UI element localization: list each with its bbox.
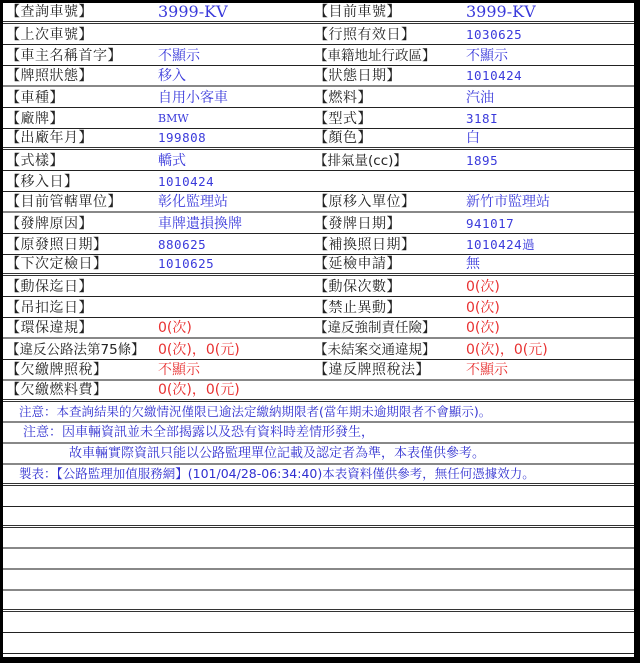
field-value: 0(次)，0(元) bbox=[158, 381, 240, 399]
field-value: 0(次) bbox=[158, 319, 192, 337]
table-row: 【欠繳燃料費】0(次)，0(元) bbox=[3, 381, 634, 402]
right-field: 【狀態日期】1010424 bbox=[311, 66, 634, 85]
field-value: 汽油 bbox=[466, 89, 494, 107]
field-value: 車牌遺損換牌 bbox=[158, 215, 242, 233]
field-label: 【行照有效日】 bbox=[311, 26, 466, 44]
field-value: 轎式 bbox=[158, 152, 186, 170]
empty-row bbox=[3, 591, 634, 612]
field-label: 【查詢車號】 bbox=[3, 3, 158, 21]
right-field: 【延檢申請】無 bbox=[311, 255, 634, 273]
field-label: 【目前管轄單位】 bbox=[3, 193, 158, 211]
right-field: 【顏色】白 bbox=[311, 129, 634, 147]
note-overdue: 注意：本查詢結果的欠繳情況僅限已逾法定繳納期限者(當年期未逾期限者不會顯示)。 bbox=[3, 403, 634, 421]
field-value: 0(次)，0(元) bbox=[466, 341, 548, 359]
field-label: 【禁止異動】 bbox=[311, 299, 466, 317]
vehicle-info-table: 【查詢車號】3999-KV【目前車號】3999-KV【上次車號】【行照有效日】1… bbox=[3, 3, 634, 402]
field-label: 【違反強制責任險】 bbox=[311, 319, 466, 337]
table-row: 【上次車號】【行照有效日】1030625 bbox=[3, 24, 634, 45]
right-field: 【型式】318I bbox=[311, 108, 634, 128]
field-label: 【出廠年月】 bbox=[3, 129, 158, 147]
note-producer: 製表：【公路監理加值服務網】(101/04/28-06:34:40)本表資料僅供… bbox=[3, 465, 634, 483]
field-value: 0(次) bbox=[466, 319, 500, 337]
field-label: 【型式】 bbox=[311, 110, 466, 128]
empty-row bbox=[3, 507, 634, 528]
field-label: 【車主名稱首字】 bbox=[3, 47, 158, 65]
left-field: 【吊扣迄日】 bbox=[3, 297, 311, 317]
field-value: 不顯示 bbox=[158, 361, 200, 379]
left-field: 【發牌原因】車牌遺損換牌 bbox=[3, 213, 311, 233]
left-field: 【目前管轄單位】彰化監理站 bbox=[3, 192, 311, 211]
field-value: 0(次) bbox=[466, 278, 500, 296]
field-value: 白 bbox=[466, 129, 480, 147]
field-label: 【排氣量(cc)】 bbox=[311, 152, 466, 170]
field-label: 【動保次數】 bbox=[311, 278, 466, 296]
field-label: 【燃料】 bbox=[311, 89, 466, 107]
table-row: 【出廠年月】199808【顏色】白 bbox=[3, 129, 634, 150]
vehicle-query-report: 【查詢車號】3999-KV【目前車號】3999-KV【上次車號】【行照有效日】1… bbox=[3, 3, 634, 657]
field-value: 1030625 bbox=[466, 26, 522, 44]
field-label: 【目前車號】 bbox=[311, 3, 466, 21]
table-row: 【查詢車號】3999-KV【目前車號】3999-KV bbox=[3, 3, 634, 24]
field-value: 新竹市監理站 bbox=[466, 193, 550, 211]
table-row: 【車種】自用小客車【燃料】汽油 bbox=[3, 87, 634, 108]
field-label: 【車種】 bbox=[3, 89, 158, 107]
table-row: 【發牌原因】車牌遺損換牌【發牌日期】941017 bbox=[3, 213, 634, 234]
field-label: 【補換照日期】 bbox=[311, 236, 466, 254]
field-label: 【欠繳牌照稅】 bbox=[3, 361, 158, 379]
field-label: 【動保迄日】 bbox=[3, 278, 158, 296]
field-value: 0(次)，0(元) bbox=[158, 341, 240, 359]
field-label: 【下次定檢日】 bbox=[3, 255, 158, 273]
table-row: 【原發照日期】880625【補換照日期】1010424過 bbox=[3, 234, 634, 255]
notes-section: 注意：本查詢結果的欠繳情況僅限已逾法定繳納期限者(當年期未逾期限者不會顯示)。 … bbox=[3, 402, 634, 486]
left-field: 【違反公路法第75條】0(次)，0(元) bbox=[3, 339, 311, 359]
field-label: 【牌照狀態】 bbox=[3, 67, 158, 85]
right-field: 【違反強制責任險】0(次) bbox=[311, 318, 634, 337]
field-label: 【延檢申請】 bbox=[311, 255, 466, 273]
empty-rows bbox=[3, 486, 634, 654]
table-row: 【牌照狀態】移入【狀態日期】1010424 bbox=[3, 66, 634, 87]
field-label: 【吊扣迄日】 bbox=[3, 299, 158, 317]
field-value: 1010424過 bbox=[466, 236, 535, 254]
note-row: 注意：因車輛資訊並未全部揭露以及恐有資料時差情形發生， bbox=[3, 423, 634, 444]
left-field: 【車種】自用小客車 bbox=[3, 87, 311, 107]
field-value: BMW bbox=[158, 110, 189, 128]
field-value: 318I bbox=[466, 110, 498, 128]
empty-row bbox=[3, 486, 634, 507]
left-field: 【式樣】轎式 bbox=[3, 150, 311, 170]
field-label: 【原發照日期】 bbox=[3, 236, 158, 254]
table-row: 【下次定檢日】1010625【延檢申請】無 bbox=[3, 255, 634, 276]
field-value: 0(次) bbox=[466, 299, 500, 317]
table-row: 【違反公路法第75條】0(次)，0(元)【未結案交通違規】0(次)，0(元) bbox=[3, 339, 634, 360]
field-label: 【車籍地址行政區】 bbox=[311, 47, 466, 65]
table-row: 【移入日】1010424 bbox=[3, 171, 634, 192]
field-label: 【環保違規】 bbox=[3, 319, 158, 337]
field-value: 1010424 bbox=[158, 173, 214, 191]
table-row: 【吊扣迄日】【禁止異動】0(次) bbox=[3, 297, 634, 318]
field-value: 199808 bbox=[158, 129, 206, 147]
field-label: 【顏色】 bbox=[311, 129, 466, 147]
left-field: 【動保迄日】 bbox=[3, 276, 311, 296]
note-disclosure: 注意：因車輛資訊並未全部揭露以及恐有資料時差情形發生， bbox=[3, 424, 634, 442]
right-field: 【目前車號】3999-KV bbox=[311, 3, 634, 21]
left-field: 【環保違規】0(次) bbox=[3, 318, 311, 337]
field-label: 【違反牌照稅法】 bbox=[311, 361, 466, 379]
right-field bbox=[311, 171, 634, 191]
field-value: 不顯示 bbox=[158, 47, 200, 65]
empty-row bbox=[3, 633, 634, 654]
right-field: 【車籍地址行政區】不顯示 bbox=[311, 45, 634, 65]
field-value: 3999-KV bbox=[466, 3, 536, 21]
table-row: 【廠牌】BMW【型式】318I bbox=[3, 108, 634, 129]
field-value: 1010424 bbox=[466, 67, 522, 85]
field-value: 移入 bbox=[158, 67, 186, 85]
table-row: 【式樣】轎式【排氣量(cc)】1895 bbox=[3, 150, 634, 171]
note-row: 注意：本查詢結果的欠繳情況僅限已逾法定繳納期限者(當年期未逾期限者不會顯示)。 bbox=[3, 402, 634, 423]
field-label: 【未結案交通違規】 bbox=[311, 341, 466, 359]
right-field: 【行照有效日】1030625 bbox=[311, 24, 634, 44]
left-field: 【欠繳燃料費】0(次)，0(元) bbox=[3, 381, 311, 399]
empty-row bbox=[3, 528, 634, 549]
left-field: 【廠牌】BMW bbox=[3, 108, 311, 128]
table-row: 【車主名稱首字】不顯示【車籍地址行政區】不顯示 bbox=[3, 45, 634, 66]
note-row: 製表：【公路監理加值服務網】(101/04/28-06:34:40)本表資料僅供… bbox=[3, 465, 634, 486]
left-field: 【上次車號】 bbox=[3, 24, 311, 44]
right-field: 【補換照日期】1010424過 bbox=[311, 234, 634, 254]
left-field: 【移入日】1010424 bbox=[3, 171, 311, 191]
field-value: 無 bbox=[466, 255, 480, 273]
right-field bbox=[311, 381, 634, 399]
empty-row bbox=[3, 612, 634, 633]
field-label: 【發牌日期】 bbox=[311, 215, 466, 233]
field-label: 【狀態日期】 bbox=[311, 67, 466, 85]
table-row: 【目前管轄單位】彰化監理站【原移入單位】新竹市監理站 bbox=[3, 192, 634, 213]
left-field: 【欠繳牌照稅】不顯示 bbox=[3, 360, 311, 379]
field-label: 【原移入單位】 bbox=[311, 193, 466, 211]
right-field: 【排氣量(cc)】1895 bbox=[311, 150, 634, 170]
empty-row bbox=[3, 570, 634, 591]
left-field: 【下次定檢日】1010625 bbox=[3, 255, 311, 273]
empty-row bbox=[3, 549, 634, 570]
field-label: 【移入日】 bbox=[3, 173, 158, 191]
field-value: 880625 bbox=[158, 236, 206, 254]
table-row: 【動保迄日】【動保次數】0(次) bbox=[3, 276, 634, 297]
left-field: 【車主名稱首字】不顯示 bbox=[3, 45, 311, 65]
left-field: 【出廠年月】199808 bbox=[3, 129, 311, 147]
field-value: 不顯示 bbox=[466, 361, 508, 379]
field-value: 1010625 bbox=[158, 255, 214, 273]
table-row: 【欠繳牌照稅】不顯示【違反牌照稅法】不顯示 bbox=[3, 360, 634, 381]
right-field: 【未結案交通違規】0(次)，0(元) bbox=[311, 339, 634, 359]
right-field: 【原移入單位】新竹市監理站 bbox=[311, 192, 634, 211]
note-reference: 故車輛實際資訊只能以公路監理單位記載及認定者為準，本表僅供參考。 bbox=[3, 445, 634, 463]
right-field: 【燃料】汽油 bbox=[311, 87, 634, 107]
field-label: 【違反公路法第75條】 bbox=[3, 341, 158, 359]
field-value: 941017 bbox=[466, 215, 514, 233]
left-field: 【牌照狀態】移入 bbox=[3, 66, 311, 85]
left-field: 【原發照日期】880625 bbox=[3, 234, 311, 254]
note-row: 故車輛實際資訊只能以公路監理單位記載及認定者為準，本表僅供參考。 bbox=[3, 444, 634, 465]
field-label: 【式樣】 bbox=[3, 152, 158, 170]
field-label: 【廠牌】 bbox=[3, 110, 158, 128]
field-value: 3999-KV bbox=[158, 3, 228, 21]
left-field: 【查詢車號】3999-KV bbox=[3, 3, 311, 21]
table-row: 【環保違規】0(次)【違反強制責任險】0(次) bbox=[3, 318, 634, 339]
right-field: 【禁止異動】0(次) bbox=[311, 297, 634, 317]
field-label: 【上次車號】 bbox=[3, 26, 158, 44]
field-value: 不顯示 bbox=[466, 47, 508, 65]
right-field: 【違反牌照稅法】不顯示 bbox=[311, 360, 634, 379]
right-field: 【動保次數】0(次) bbox=[311, 276, 634, 296]
field-value: 彰化監理站 bbox=[158, 193, 228, 211]
field-value: 自用小客車 bbox=[158, 89, 228, 107]
field-label: 【發牌原因】 bbox=[3, 215, 158, 233]
field-value: 1895 bbox=[466, 152, 498, 170]
field-label: 【欠繳燃料費】 bbox=[3, 381, 158, 399]
right-field: 【發牌日期】941017 bbox=[311, 213, 634, 233]
